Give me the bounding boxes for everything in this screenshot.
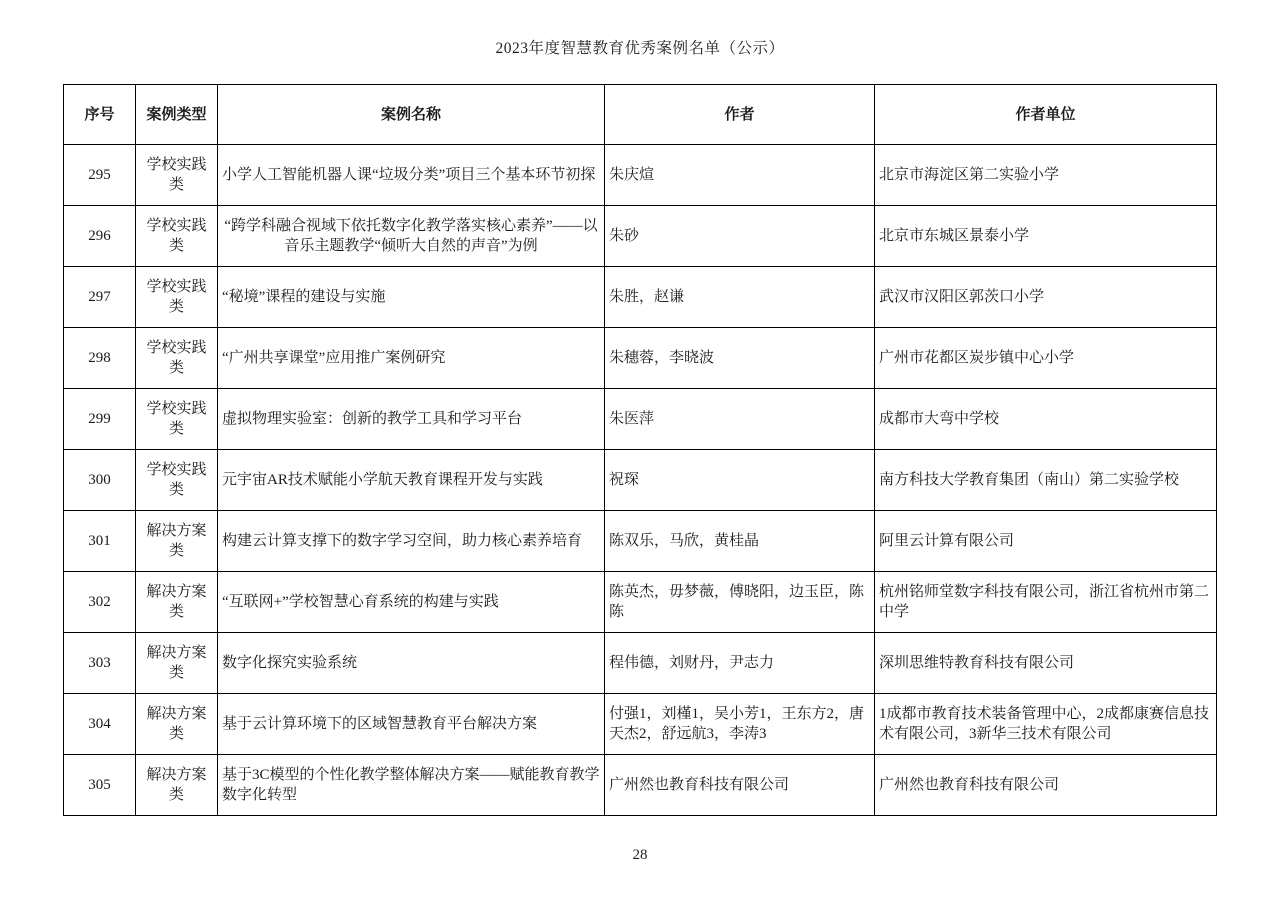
header-no: 序号 — [64, 85, 136, 145]
cell-org: 杭州铭师堂数字科技有限公司，浙江省杭州市第二中学 — [875, 572, 1217, 633]
case-row: 299学校实践类虚拟物理实验室：创新的教学工具和学习平台朱医萍成都市大弯中学校 — [64, 389, 1217, 450]
cell-authors: 朱庆煊 — [605, 145, 875, 206]
cell-no: 301 — [64, 511, 136, 572]
cell-authors: 祝琛 — [605, 450, 875, 511]
cell-org: 北京市海淀区第二实验小学 — [875, 145, 1217, 206]
cell-name: “跨学科融合视域下依托数字化教学落实核心素养”——以音乐主题教学“倾听大自然的声… — [218, 206, 605, 267]
cell-type: 学校实践类 — [136, 206, 218, 267]
case-row: 304解决方案类基于云计算环境下的区域智慧教育平台解决方案付强1，刘槿1，吴小芳… — [64, 694, 1217, 755]
cell-authors: 朱穗蓉，李晓波 — [605, 328, 875, 389]
case-row: 296学校实践类“跨学科融合视域下依托数字化教学落实核心素养”——以音乐主题教学… — [64, 206, 1217, 267]
table-header: 序号 案例类型 案例名称 作者 作者单位 — [64, 85, 1217, 145]
cell-no: 299 — [64, 389, 136, 450]
case-row: 303解决方案类数字化探究实验系统程伟德，刘财丹，尹志力深圳思维特教育科技有限公… — [64, 633, 1217, 694]
cell-type: 学校实践类 — [136, 145, 218, 206]
cell-type: 解决方案类 — [136, 755, 218, 816]
header-row: 序号 案例类型 案例名称 作者 作者单位 — [64, 85, 1217, 145]
cell-authors: 朱胜，赵谦 — [605, 267, 875, 328]
cell-no: 295 — [64, 145, 136, 206]
cell-name: 小学人工智能机器人课“垃圾分类”项目三个基本环节初探 — [218, 145, 605, 206]
header-type: 案例类型 — [136, 85, 218, 145]
case-row: 301解决方案类构建云计算支撑下的数字学习空间，助力核心素养培育陈双乐，马欣，黄… — [64, 511, 1217, 572]
cell-type: 学校实践类 — [136, 267, 218, 328]
case-row: 297学校实践类“秘境”课程的建设与实施朱胜，赵谦武汉市汉阳区郭茨口小学 — [64, 267, 1217, 328]
case-row: 300学校实践类元宇宙AR技术赋能小学航天教育课程开发与实践祝琛南方科技大学教育… — [64, 450, 1217, 511]
cell-no: 302 — [64, 572, 136, 633]
cell-org: 广州市花都区炭步镇中心小学 — [875, 328, 1217, 389]
cell-org: 阿里云计算有限公司 — [875, 511, 1217, 572]
document-title: 2023年度智慧教育优秀案例名单（公示） — [0, 36, 1280, 58]
cell-no: 296 — [64, 206, 136, 267]
cell-org: 北京市东城区景泰小学 — [875, 206, 1217, 267]
cell-name: “广州共享课堂”应用推广案例研究 — [218, 328, 605, 389]
header-name: 案例名称 — [218, 85, 605, 145]
header-authors: 作者 — [605, 85, 875, 145]
cell-no: 303 — [64, 633, 136, 694]
cell-name: 虚拟物理实验室：创新的教学工具和学习平台 — [218, 389, 605, 450]
cell-type: 解决方案类 — [136, 694, 218, 755]
cell-no: 304 — [64, 694, 136, 755]
cell-name: 构建云计算支撑下的数字学习空间，助力核心素养培育 — [218, 511, 605, 572]
cell-name: 数字化探究实验系统 — [218, 633, 605, 694]
cell-type: 解决方案类 — [136, 572, 218, 633]
cell-name: “互联网+”学校智慧心育系统的构建与实践 — [218, 572, 605, 633]
cell-type: 解决方案类 — [136, 511, 218, 572]
cell-type: 学校实践类 — [136, 450, 218, 511]
page-number: 28 — [0, 847, 1280, 864]
case-row: 295学校实践类小学人工智能机器人课“垃圾分类”项目三个基本环节初探朱庆煊北京市… — [64, 145, 1217, 206]
cell-no: 297 — [64, 267, 136, 328]
case-row: 305解决方案类基于3C模型的个性化教学整体解决方案——赋能教育教学数字化转型广… — [64, 755, 1217, 816]
case-row: 302解决方案类“互联网+”学校智慧心育系统的构建与实践陈英杰，毋梦薇，傅晓阳，… — [64, 572, 1217, 633]
cell-org: 1成都市教育技术装备管理中心，2成都康赛信息技术有限公司，3新华三技术有限公司 — [875, 694, 1217, 755]
cell-authors: 陈双乐，马欣，黄桂晶 — [605, 511, 875, 572]
cell-name: 基于云计算环境下的区域智慧教育平台解决方案 — [218, 694, 605, 755]
cell-org: 南方科技大学教育集团（南山）第二实验学校 — [875, 450, 1217, 511]
cell-org: 深圳思维特教育科技有限公司 — [875, 633, 1217, 694]
cell-no: 300 — [64, 450, 136, 511]
cell-type: 学校实践类 — [136, 328, 218, 389]
cell-type: 学校实践类 — [136, 389, 218, 450]
document-page: 2023年度智慧教育优秀案例名单（公示） 序号 案例类型 案例名称 作者 作者单… — [0, 0, 1280, 905]
cell-no: 305 — [64, 755, 136, 816]
cell-authors: 朱砂 — [605, 206, 875, 267]
cell-authors: 陈英杰，毋梦薇，傅晓阳，边玉臣，陈陈 — [605, 572, 875, 633]
cell-name: “秘境”课程的建设与实施 — [218, 267, 605, 328]
cell-no: 298 — [64, 328, 136, 389]
cell-authors: 广州然也教育科技有限公司 — [605, 755, 875, 816]
cell-authors: 程伟德，刘财丹，尹志力 — [605, 633, 875, 694]
cell-authors: 付强1，刘槿1，吴小芳1，王东方2，唐天杰2，舒远航3，李涛3 — [605, 694, 875, 755]
case-row: 298学校实践类“广州共享课堂”应用推广案例研究朱穗蓉，李晓波广州市花都区炭步镇… — [64, 328, 1217, 389]
cell-type: 解决方案类 — [136, 633, 218, 694]
cell-name: 元宇宙AR技术赋能小学航天教育课程开发与实践 — [218, 450, 605, 511]
table-body: 295学校实践类小学人工智能机器人课“垃圾分类”项目三个基本环节初探朱庆煊北京市… — [64, 145, 1217, 816]
header-org: 作者单位 — [875, 85, 1217, 145]
cell-authors: 朱医萍 — [605, 389, 875, 450]
cell-org: 广州然也教育科技有限公司 — [875, 755, 1217, 816]
cell-org: 武汉市汉阳区郭茨口小学 — [875, 267, 1217, 328]
cell-name: 基于3C模型的个性化教学整体解决方案——赋能教育教学数字化转型 — [218, 755, 605, 816]
cases-table: 序号 案例类型 案例名称 作者 作者单位 295学校实践类小学人工智能机器人课“… — [63, 84, 1217, 816]
cell-org: 成都市大弯中学校 — [875, 389, 1217, 450]
